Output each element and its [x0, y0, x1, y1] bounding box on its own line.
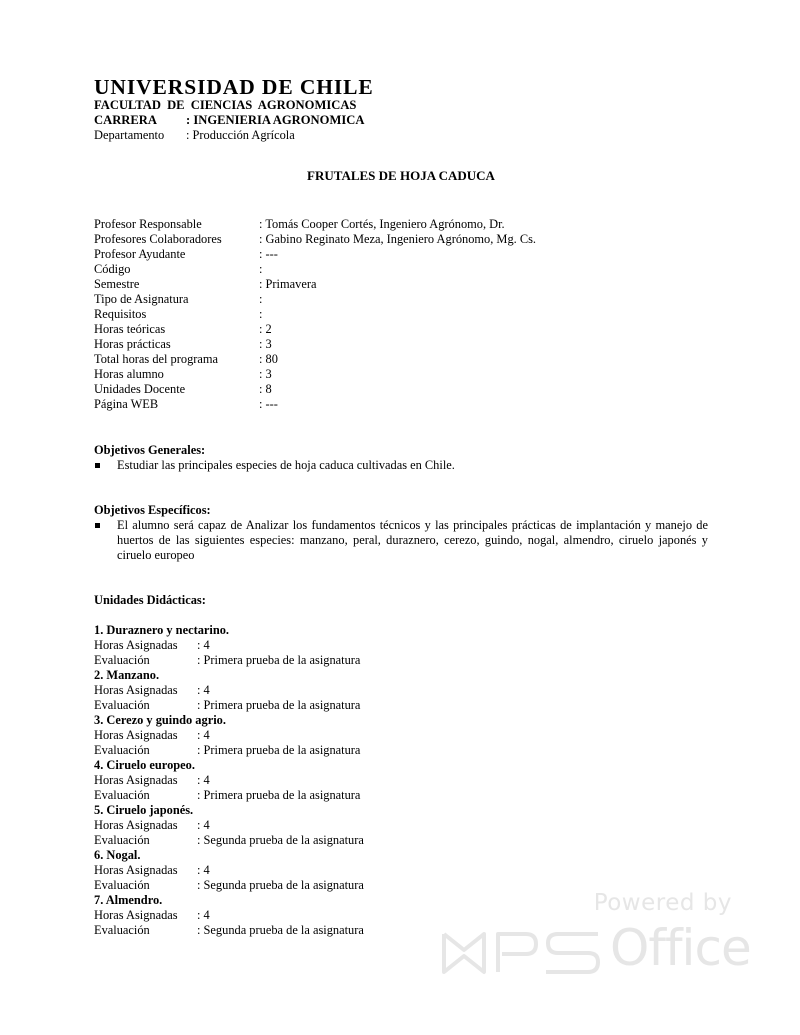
info-row: Profesores Colaboradores: Gabino Reginat… [94, 232, 536, 247]
university-name: UNIVERSIDAD DE CHILE [94, 75, 374, 99]
info-label: Profesor Ayudante [94, 247, 259, 262]
career-label: CARRERA [94, 113, 186, 128]
unit-row: Horas Asignadas: 4 [94, 908, 364, 923]
unidades-title: Unidades Didácticas: [94, 593, 206, 608]
info-value: : Gabino Reginato Meza, Ingeniero Agróno… [259, 232, 536, 247]
info-row: Profesor Responsable: Tomás Cooper Corté… [94, 217, 536, 232]
unit-value: : 4 [197, 773, 210, 788]
unit-title: 2. Manzano. [94, 668, 364, 683]
info-label: Requisitos [94, 307, 259, 322]
bullet-icon [95, 523, 100, 528]
info-row: Código: [94, 262, 536, 277]
info-row: Profesor Ayudante: --- [94, 247, 536, 262]
course-info-table: Profesor Responsable: Tomás Cooper Corté… [94, 217, 536, 412]
unit-title: 1. Duraznero y nectarino. [94, 623, 364, 638]
unit-label: Horas Asignadas [94, 773, 197, 788]
unit-label: Horas Asignadas [94, 728, 197, 743]
unit-label: Evaluación [94, 878, 197, 893]
department-value: : Producción Agrícola [186, 128, 295, 142]
section-title: Objetivos Generales: [94, 443, 708, 458]
unit-title: 6. Nogal. [94, 848, 364, 863]
unit-label: Horas Asignadas [94, 638, 197, 653]
office-text: Office [610, 918, 751, 978]
unit-value: : 4 [197, 683, 210, 698]
unit-title: 7. Almendro. [94, 893, 364, 908]
unit-label: Evaluación [94, 923, 197, 938]
info-row: Horas alumno: 3 [94, 367, 536, 382]
info-row: Unidades Docente: 8 [94, 382, 536, 397]
unit-value: : Primera prueba de la asignatura [197, 698, 360, 713]
info-value: : [259, 262, 262, 277]
department-label: Departamento [94, 128, 186, 143]
info-value: : [259, 292, 262, 307]
unit-title: 3. Cerezo y guindo agrio. [94, 713, 364, 728]
powered-by-text: Powered by [594, 896, 732, 911]
career-line: CARRERA: INGENIERIA AGRONOMICA [94, 113, 364, 128]
info-label: Código [94, 262, 259, 277]
unit-row: Evaluación: Primera prueba de la asignat… [94, 653, 364, 668]
info-row: Requisitos: [94, 307, 536, 322]
info-label: Total horas del programa [94, 352, 259, 367]
section-title: Objetivos Específicos: [94, 503, 708, 518]
unit-row: Horas Asignadas: 4 [94, 863, 364, 878]
objetivos-generales: Objetivos Generales: Estudiar las princi… [94, 443, 708, 473]
info-value: : 2 [259, 322, 272, 337]
info-value: : --- [259, 247, 278, 262]
info-label: Horas prácticas [94, 337, 259, 352]
info-label: Semestre [94, 277, 259, 292]
unit-row: Evaluación: Segunda prueba de la asignat… [94, 878, 364, 893]
unit-title: 4. Ciruelo europeo. [94, 758, 364, 773]
info-value: : 80 [259, 352, 278, 367]
unit-value: : Primera prueba de la asignatura [197, 743, 360, 758]
unit-label: Horas Asignadas [94, 818, 197, 833]
unit-row: Horas Asignadas: 4 [94, 638, 364, 653]
unit-value: : Segunda prueba de la asignatura [197, 923, 364, 938]
unit-value: : 4 [197, 728, 210, 743]
info-row: Tipo de Asignatura: [94, 292, 536, 307]
unit-label: Evaluación [94, 743, 197, 758]
wps-logo-icon [440, 926, 610, 978]
info-label: Horas teóricas [94, 322, 259, 337]
info-row: Total horas del programa: 80 [94, 352, 536, 367]
unit-row: Evaluación: Primera prueba de la asignat… [94, 788, 364, 803]
unit-label: Horas Asignadas [94, 683, 197, 698]
unit-label: Evaluación [94, 833, 197, 848]
unit-row: Evaluación: Segunda prueba de la asignat… [94, 833, 364, 848]
unit-value: : Primera prueba de la asignatura [197, 653, 360, 668]
unit-row: Evaluación: Primera prueba de la asignat… [94, 698, 364, 713]
unit-value: : 4 [197, 908, 210, 923]
info-label: Tipo de Asignatura [94, 292, 259, 307]
unit-label: Horas Asignadas [94, 863, 197, 878]
unit-row: Horas Asignadas: 4 [94, 683, 364, 698]
info-row: Horas prácticas: 3 [94, 337, 536, 352]
info-value: : 3 [259, 337, 272, 352]
unit-label: Horas Asignadas [94, 908, 197, 923]
unit-value: : 4 [197, 863, 210, 878]
unit-value: : 4 [197, 638, 210, 653]
bullet-icon [95, 463, 100, 468]
info-value: : 8 [259, 382, 272, 397]
unit-value: : Primera prueba de la asignatura [197, 788, 360, 803]
info-row: Semestre: Primavera [94, 277, 536, 292]
info-label: Profesor Responsable [94, 217, 259, 232]
career-value: : INGENIERIA AGRONOMICA [186, 113, 364, 127]
wps-watermark: Powered by Office [440, 896, 740, 986]
unit-value: : Segunda prueba de la asignatura [197, 878, 364, 893]
unit-label: Evaluación [94, 788, 197, 803]
info-value: : [259, 307, 262, 322]
info-label: Unidades Docente [94, 382, 259, 397]
course-title: FRUTALES DE HOJA CADUCA [94, 168, 708, 183]
unit-label: Evaluación [94, 653, 197, 668]
info-value: : --- [259, 397, 278, 412]
unit-value: : Segunda prueba de la asignatura [197, 833, 364, 848]
unit-row: Evaluación: Primera prueba de la asignat… [94, 743, 364, 758]
info-label: Profesores Colaboradores [94, 232, 259, 247]
info-label: Página WEB [94, 397, 259, 412]
list-item: El alumno será capaz de Analizar los fun… [94, 518, 708, 563]
info-label: Horas alumno [94, 367, 259, 382]
unidades-list: 1. Duraznero y nectarino.Horas Asignadas… [94, 623, 364, 938]
department-line: Departamento: Producción Agrícola [94, 128, 295, 143]
info-value: : Tomás Cooper Cortés, Ingeniero Agrónom… [259, 217, 505, 232]
unit-value: : 4 [197, 818, 210, 833]
faculty-name: FACULTAD DE CIENCIAS AGRONOMICAS [94, 98, 356, 113]
unit-row: Horas Asignadas: 4 [94, 818, 364, 833]
info-value: : Primavera [259, 277, 316, 292]
info-row: Horas teóricas: 2 [94, 322, 536, 337]
objetivos-especificos: Objetivos Específicos: El alumno será ca… [94, 503, 708, 563]
info-value: : 3 [259, 367, 272, 382]
unit-row: Evaluación: Segunda prueba de la asignat… [94, 923, 364, 938]
info-row: Página WEB: --- [94, 397, 536, 412]
unit-row: Horas Asignadas: 4 [94, 773, 364, 788]
unit-row: Horas Asignadas: 4 [94, 728, 364, 743]
unit-label: Evaluación [94, 698, 197, 713]
unit-title: 5. Ciruelo japonés. [94, 803, 364, 818]
list-item: Estudiar las principales especies de hoj… [94, 458, 708, 473]
